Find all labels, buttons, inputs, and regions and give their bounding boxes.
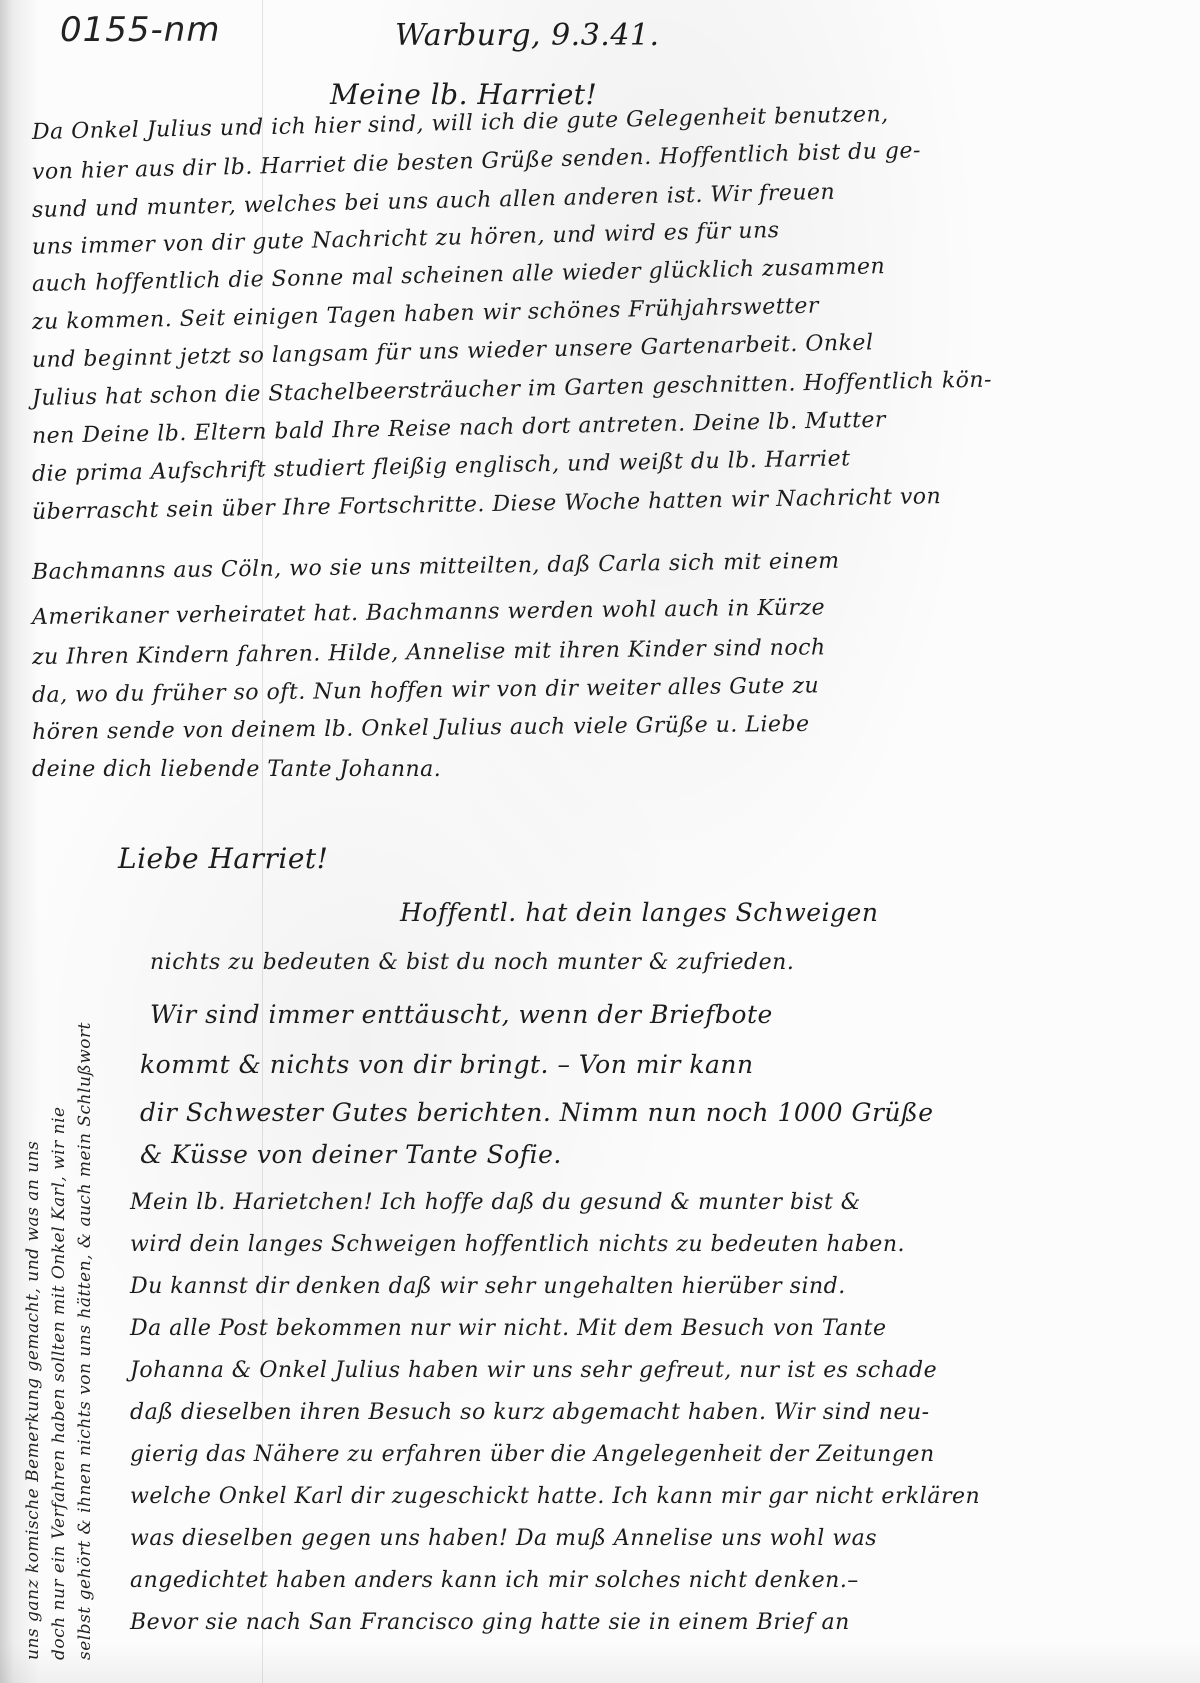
letter-1-line: auch hoffentlich die Sonne mal scheinen … — [32, 254, 886, 297]
letter-1-line: sund und munter, welches bei uns auch al… — [32, 180, 836, 223]
letter-3-line: wird dein langes Schweigen hoffentlich n… — [130, 1232, 905, 1257]
margin-note-line: selbst gehört & ihnen nichts von uns hät… — [72, 760, 98, 1660]
letter-1-line: hören sende von deinem lb. Onkel Julius … — [32, 712, 810, 745]
letter-3-line: Johanna & Onkel Julius haben wir uns seh… — [130, 1358, 937, 1383]
letter-1-line: die prima Aufschrift studiert fleißig en… — [32, 446, 851, 487]
letter-1-line: und beginnt jetzt so langsam für uns wie… — [32, 330, 874, 373]
second-salutation: Liebe Harriet! — [118, 842, 328, 875]
letter-1-line: überrascht sein über Ihre Fortschritte. … — [32, 484, 942, 525]
page-bottom-shadow — [0, 1643, 1200, 1683]
margin-note: uns ganz komische Bemerkung gemacht, und… — [20, 760, 98, 1660]
first-salutation: Meine lb. Harriet! — [330, 78, 597, 111]
letter-3-line: Du kannst dir denken daß wir sehr ungeha… — [130, 1274, 846, 1299]
letter-2-signature: & Küsse von deiner Tante Sofie. — [140, 1140, 562, 1169]
letter-2-line: nichts zu bedeuten & bist du noch munter… — [150, 950, 794, 975]
letter-3-line: angedichtet haben anders kann ich mir so… — [130, 1568, 859, 1593]
letter-3-line: gierig das Nähere zu erfahren über die A… — [130, 1442, 935, 1467]
letter-1-line: da, wo du früher so oft. Nun hoffen wir … — [32, 673, 819, 708]
letter-1-line: zu kommen. Seit einigen Tagen haben wir … — [32, 294, 819, 335]
letter-1-line: von hier aus dir lb. Harriet die besten … — [32, 138, 922, 185]
letter-2-line: dir Schwester Gutes berichten. Nimm nun … — [140, 1098, 934, 1127]
letter-3-line: daß dieselben ihren Besuch so kurz abgem… — [130, 1400, 930, 1425]
letter-1-line: Julius hat schon die Stachelbeersträuche… — [32, 368, 992, 411]
letter-3-line: welche Onkel Karl dir zugeschickt hatte.… — [130, 1484, 980, 1509]
letter-1-line: Bachmanns aus Cöln, wo sie uns mitteilte… — [32, 549, 840, 585]
letter-3-line: Da alle Post bekommen nur wir nicht. Mit… — [130, 1316, 887, 1341]
letter-3-line: Bevor sie nach San Francisco ging hatte … — [130, 1610, 850, 1635]
letter-3-line: Mein lb. Harietchen! Ich hoffe daß du ge… — [130, 1190, 861, 1215]
letter-2-line: Hoffentl. hat dein langes Schweigen — [400, 898, 878, 927]
letter-3-line: was dieselben gegen uns haben! Da muß An… — [130, 1526, 877, 1551]
letter-2-line: kommt & nichts von dir bringt. – Von mir… — [140, 1050, 754, 1079]
letter-1-line: Amerikaner verheiratet hat. Bachmanns we… — [32, 595, 825, 630]
letter-2-line: Wir sind immer enttäuscht, wenn der Brie… — [150, 1000, 773, 1029]
archive-number: 0155-nm — [60, 10, 220, 50]
letter-1-line: uns immer von dir gute Nachricht zu höre… — [32, 218, 780, 260]
letter-1-line: zu Ihren Kindern fahren. Hilde, Annelise… — [32, 635, 826, 670]
letter-1-line: nen Deine lb. Eltern bald Ihre Reise nac… — [32, 408, 886, 449]
letter-page: 0155-nm Warburg, 9.3.41. Meine lb. Harri… — [0, 0, 1200, 1683]
place-date: Warburg, 9.3.41. — [395, 18, 660, 53]
margin-note-line: doch nur ein Verfahren haben sollten mit… — [46, 760, 72, 1660]
margin-note-line: uns ganz komische Bemerkung gemacht, und… — [20, 760, 46, 1660]
